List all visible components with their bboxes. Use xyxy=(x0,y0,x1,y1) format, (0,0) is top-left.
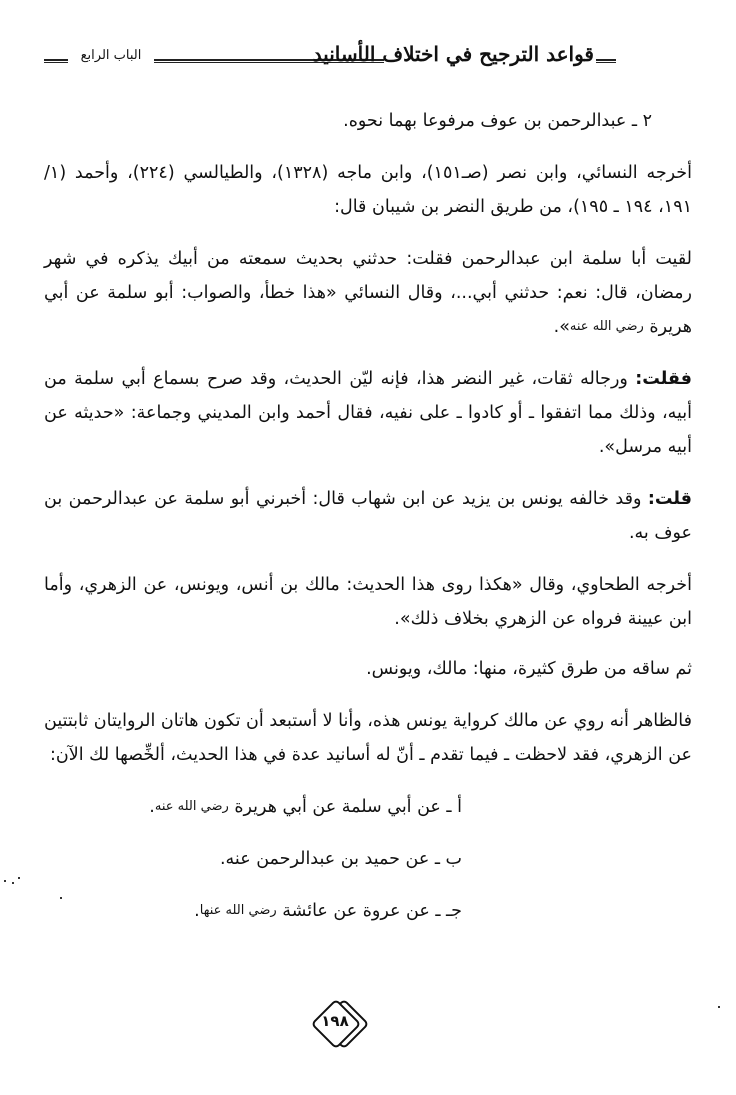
paragraph-text: ورجاله ثقات، غير النضر هذا، فإنه ليّن ال… xyxy=(44,369,692,457)
chapter-label: الباب الرابع xyxy=(76,48,146,63)
paragraph-6: أخرجه الطحاوي، وقال «هكذا روى هذا الحديث… xyxy=(44,568,692,636)
scan-speck xyxy=(18,877,20,879)
list-item-text: جـ ـ عن عروة عن عائشة xyxy=(277,901,462,921)
paragraph-2: أخرجه النسائي، وابن نصر (صـ١٥١)، وابن ما… xyxy=(44,156,692,224)
honorific-ligature-icon: رضي الله عنه xyxy=(155,790,229,824)
page-body: ٢ ـ عبدالرحمن بن عوف مرفوعا بهما نحوه. أ… xyxy=(44,104,692,928)
paragraph-4: فقلت: ورجاله ثقات، غير النضر هذا، فإنه ل… xyxy=(44,362,692,464)
header-rule-left xyxy=(44,59,68,63)
list-item-text: أ ـ عن أبي سلمة عن أبي هريرة xyxy=(229,797,462,817)
running-header: الباب الرابع قواعد الترجيح في اختلاف الأ… xyxy=(44,46,694,74)
paragraph-3: لقيت أبا سلمة ابن عبدالرحمن فقلت: حدثني … xyxy=(44,242,692,344)
header-rule-right xyxy=(596,59,616,63)
paragraph-text: ٢ ـ عبدالرحمن بن عوف مرفوعا بهما نحوه. xyxy=(343,111,652,131)
honorific-ligature-icon: رضي الله عنه xyxy=(570,310,644,344)
scan-speck xyxy=(12,882,14,884)
paragraph-5: قلت: وقد خالفه يونس بن يزيد عن ابن شهاب … xyxy=(44,482,692,550)
paragraph-text: فالظاهر أنه روي عن مالك كرواية يونس هذه،… xyxy=(44,711,692,765)
book-title: قواعد الترجيح في اختلاف الأسانيد xyxy=(386,42,594,66)
paragraph-1: ٢ ـ عبدالرحمن بن عوف مرفوعا بهما نحوه. xyxy=(44,104,692,138)
page-number: ١٩٨ xyxy=(310,1012,360,1030)
book-page: الباب الرابع قواعد الترجيح في اختلاف الأ… xyxy=(0,0,736,1095)
paragraph-text: وقد خالفه يونس بن يزيد عن ابن شهاب قال: … xyxy=(44,489,692,543)
list-item-a: أ ـ عن أبي سلمة عن أبي هريرة رضي الله عن… xyxy=(44,790,692,824)
list-item-c: جـ ـ عن عروة عن عائشة رضي الله عنها. xyxy=(44,894,692,928)
paragraph-text: أخرجه النسائي، وابن نصر (صـ١٥١)، وابن ما… xyxy=(44,163,692,217)
page-number-badge: ١٩٨ xyxy=(296,998,376,1050)
list-item-b: ب ـ عن حميد بن عبدالرحمن عنه. xyxy=(44,842,692,876)
paragraph-7: ثم ساقه من طرق كثيرة، منها: مالك، ويونس. xyxy=(44,652,692,686)
paragraph-8: فالظاهر أنه روي عن مالك كرواية يونس هذه،… xyxy=(44,704,692,772)
paragraph-text-end: ». xyxy=(554,317,570,337)
list-item-text: ب ـ عن حميد بن عبدالرحمن عنه. xyxy=(220,849,462,869)
paragraph-text: ثم ساقه من طرق كثيرة، منها: مالك، ويونس. xyxy=(366,659,692,679)
scan-speck xyxy=(4,880,6,882)
paragraph-lead: فقلت: xyxy=(635,369,692,389)
paragraph-text: أخرجه الطحاوي، وقال «هكذا روى هذا الحديث… xyxy=(44,575,692,629)
honorific-ligature-icon: رضي الله عنها xyxy=(200,894,277,928)
scan-speck xyxy=(718,1006,720,1008)
scan-speck xyxy=(60,897,62,899)
paragraph-lead: قلت: xyxy=(648,489,692,509)
